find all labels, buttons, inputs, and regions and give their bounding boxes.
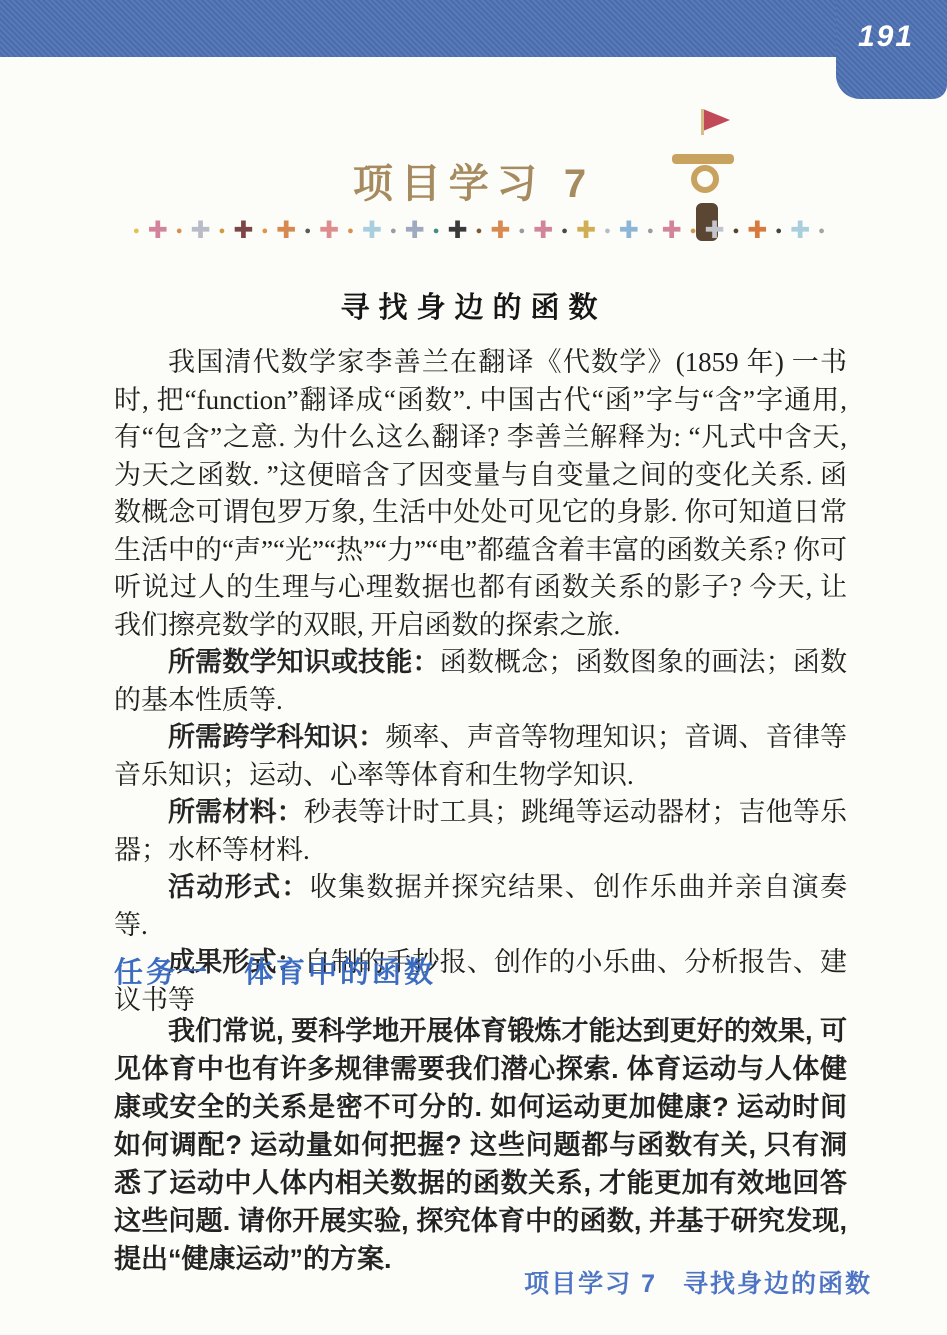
cross-ornament-icon: ✚ (191, 219, 211, 243)
dot-ornament-icon: ● (433, 226, 440, 237)
cross-ornament-icon: ✚ (233, 219, 253, 243)
cross-ornament-icon: ✚ (662, 219, 682, 243)
cross-ornament-icon: ✚ (490, 219, 510, 243)
requirement-item: 所需跨学科知识：频率、声音等物理知识；音调、音律等音乐知识；运动、心率等体育和生… (114, 719, 847, 794)
dot-ornament-icon: ● (518, 226, 525, 237)
cross-ornament-icon: ✚ (362, 219, 382, 243)
requirement-label: 所需跨学科知识： (168, 722, 385, 752)
requirement-item: 所需数学知识或技能：函数概念；函数图象的画法；函数的基本性质等. (114, 644, 847, 719)
chapter-title: 项目学习 7 (0, 152, 947, 209)
page-number: 191 (840, 20, 932, 54)
header-band (0, 0, 947, 57)
dot-ornament-icon: ● (647, 226, 654, 237)
page-footer: 项目学习 7寻找身边的函数 (0, 1264, 872, 1300)
footer-title: 寻找身边的函数 (683, 1270, 872, 1298)
requirement-item: 活动形式：收集数据并探究结果、创作乐曲并亲自演奏等. (114, 869, 847, 944)
cross-ornament-icon: ✚ (576, 219, 596, 243)
dot-ornament-icon: ● (176, 226, 183, 237)
footer-chapter: 项目学习 7 (524, 1270, 657, 1298)
task1-paragraph: 我们常说, 要科学地开展体育锻炼才能达到更好的效果, 可见体育中也有许多规律需要… (114, 1012, 847, 1278)
cross-ornament-icon: ✚ (276, 219, 296, 243)
task1-heading-label: 任务一 (114, 957, 210, 989)
cross-ornament-icon: ✚ (790, 219, 810, 243)
cross-divider: ●✚●✚●✚●✚●✚●✚●✚●✚●✚●✚●✚●✚●✚●✚●✚●✚● (133, 212, 825, 250)
cross-ornament-icon: ✚ (704, 219, 724, 243)
dot-ornament-icon: ● (390, 226, 397, 237)
dot-ornament-icon: ● (733, 226, 740, 237)
dot-ornament-icon: ● (219, 226, 226, 237)
castle-window (694, 168, 716, 190)
body-content: 我国清代数学家李善兰在翻译《代数学》(1859 年) 一书时, 把“functi… (114, 344, 847, 1019)
cross-ornament-icon: ✚ (619, 219, 639, 243)
cross-ornament-icon: ✚ (533, 219, 553, 243)
cross-ornament-icon: ✚ (747, 219, 767, 243)
page-title: 寻找身边的函数 (0, 285, 947, 326)
flag-icon (701, 109, 730, 135)
intro-paragraph: 我国清代数学家李善兰在翻译《代数学》(1859 年) 一书时, 把“functi… (114, 344, 847, 644)
requirement-label: 所需材料： (168, 797, 304, 827)
dot-ornament-icon: ● (347, 226, 354, 237)
dot-ornament-icon: ● (261, 226, 268, 237)
castle-roof (672, 154, 734, 164)
cross-ornament-icon: ✚ (447, 219, 467, 243)
dot-ornament-icon: ● (775, 226, 782, 237)
dot-ornament-icon: ● (304, 226, 311, 237)
requirement-label: 活动形式： (168, 872, 310, 902)
dot-ornament-icon: ● (133, 226, 140, 237)
dot-ornament-icon: ● (476, 226, 483, 237)
cross-ornament-icon: ✚ (405, 219, 425, 243)
dot-ornament-icon: ● (604, 226, 611, 237)
dot-ornament-icon: ● (561, 226, 568, 237)
dot-ornament-icon: ● (818, 226, 825, 237)
task1-heading: 任务一体育中的函数 (114, 950, 436, 991)
task1-heading-title: 体育中的函数 (244, 957, 436, 989)
requirement-label: 所需数学知识或技能： (168, 647, 440, 677)
dot-ornament-icon: ● (690, 226, 697, 237)
cross-ornament-icon: ✚ (148, 219, 168, 243)
cross-ornament-icon: ✚ (319, 219, 339, 243)
requirement-item: 所需材料：秒表等计时工具；跳绳等运动器材；吉他等乐器；水杯等材料. (114, 794, 847, 869)
